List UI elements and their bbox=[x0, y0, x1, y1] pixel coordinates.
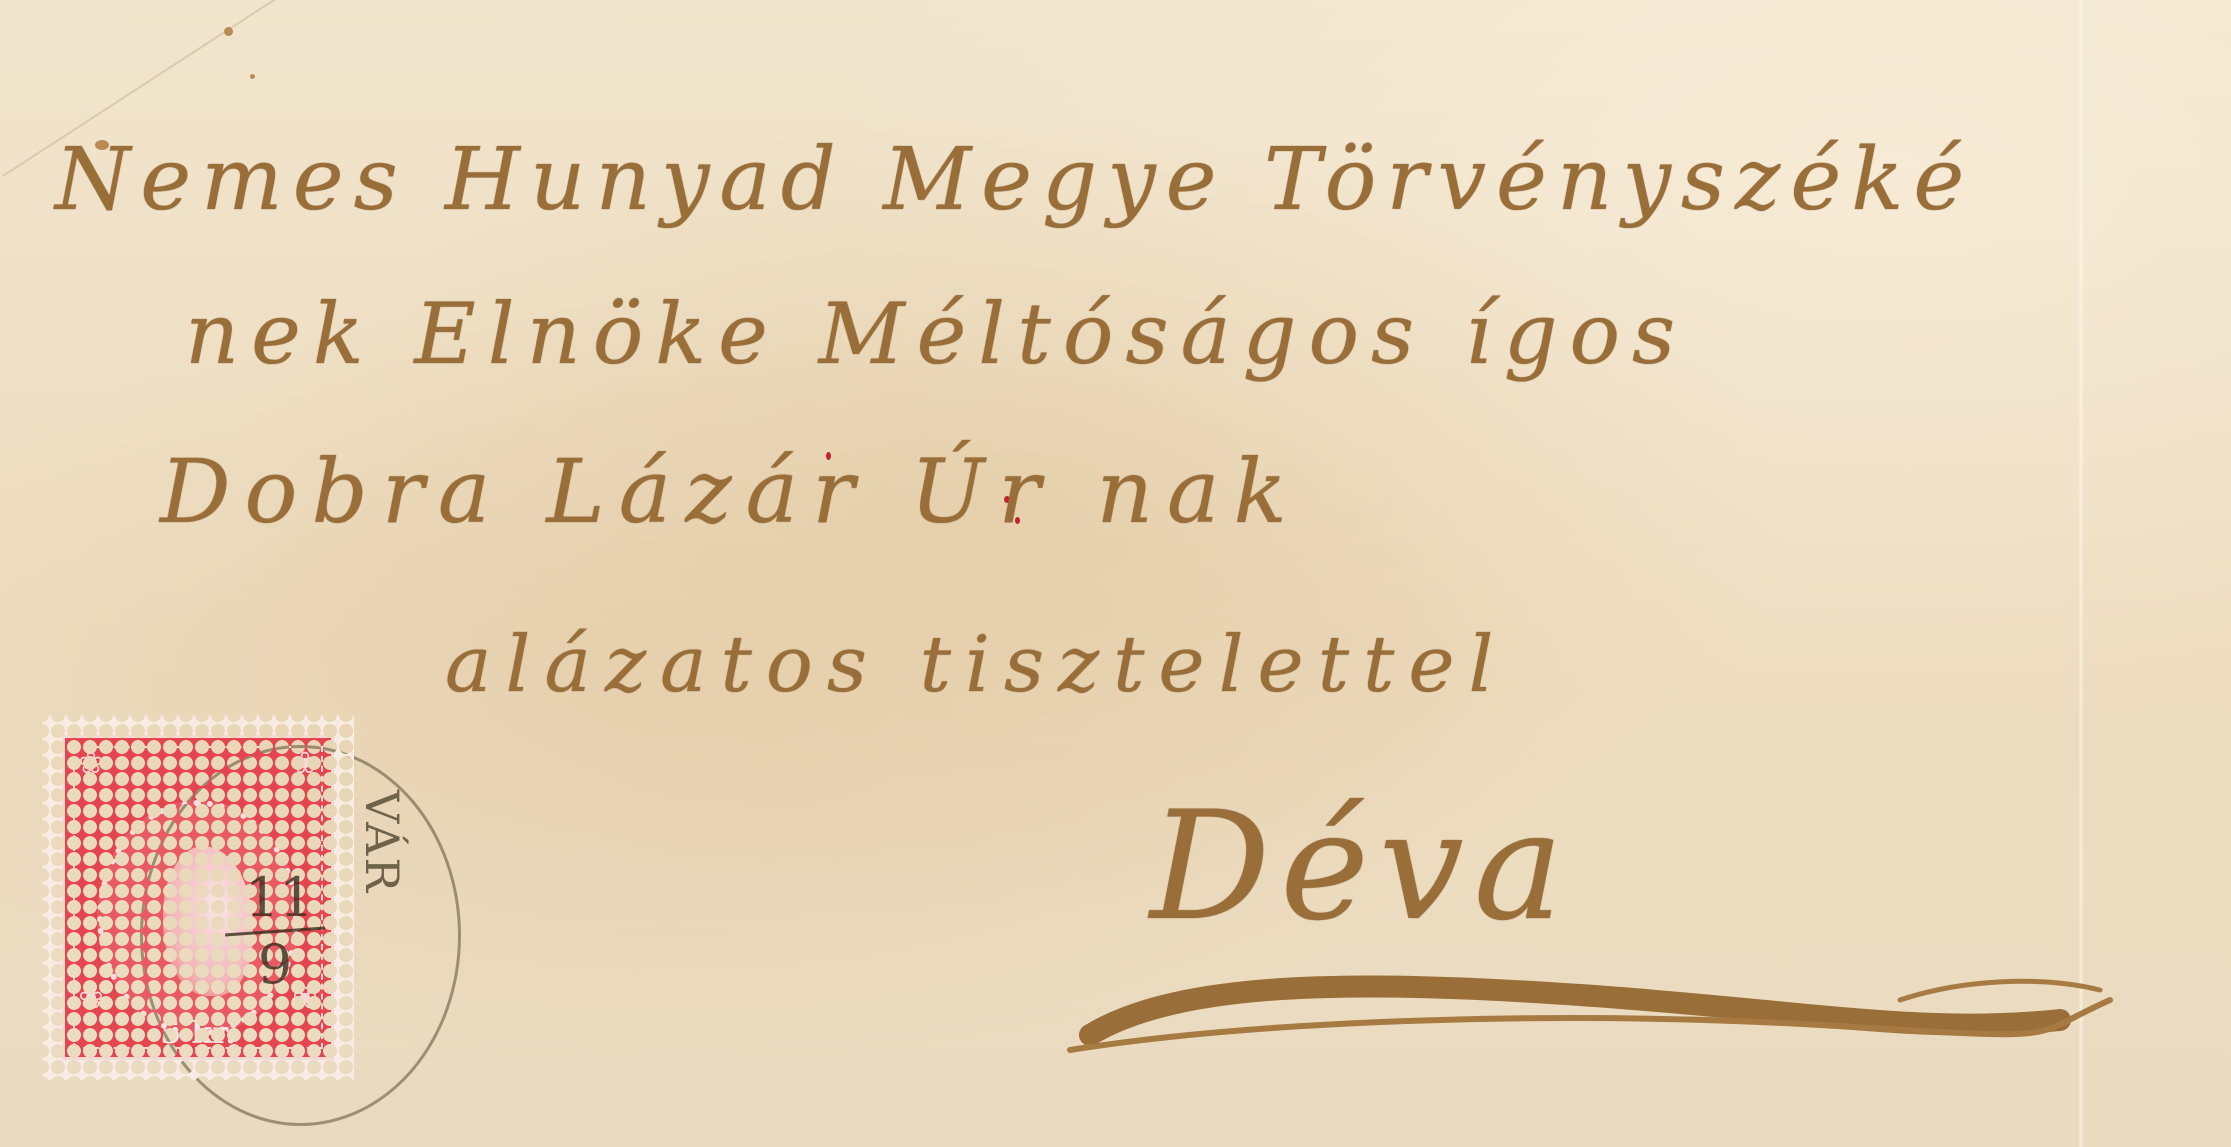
postmark-month: 9 bbox=[258, 933, 292, 996]
address-line-3: Dobra Lázár Úr nak bbox=[160, 440, 1301, 543]
address-line-4: alázatos tisztelettel bbox=[445, 620, 1508, 710]
flower-ornament-icon: ❀ bbox=[73, 981, 109, 1017]
postmark-date: 11 9 bbox=[245, 870, 305, 993]
address-city: Déva bbox=[1150, 780, 1573, 954]
address-line-1: Nemes Hunyad Megye Törvényszéké bbox=[55, 130, 1974, 230]
emperor-portrait-icon bbox=[163, 846, 253, 996]
postmark-day: 11 bbox=[245, 866, 314, 929]
postmark-town: VÁR bbox=[355, 790, 409, 894]
stamp-denomination: 5 kr. bbox=[65, 1016, 331, 1051]
flower-ornament-icon: ❀ bbox=[73, 746, 109, 782]
underline-flourish-icon bbox=[1060, 940, 2120, 1060]
address-line-2: nek Elnöke Méltóságos ígos bbox=[185, 285, 1687, 383]
flower-ornament-icon: ❀ bbox=[287, 746, 323, 782]
postal-cover: Nemes Hunyad Megye Törvényszéké nek Elnö… bbox=[0, 0, 2231, 1147]
